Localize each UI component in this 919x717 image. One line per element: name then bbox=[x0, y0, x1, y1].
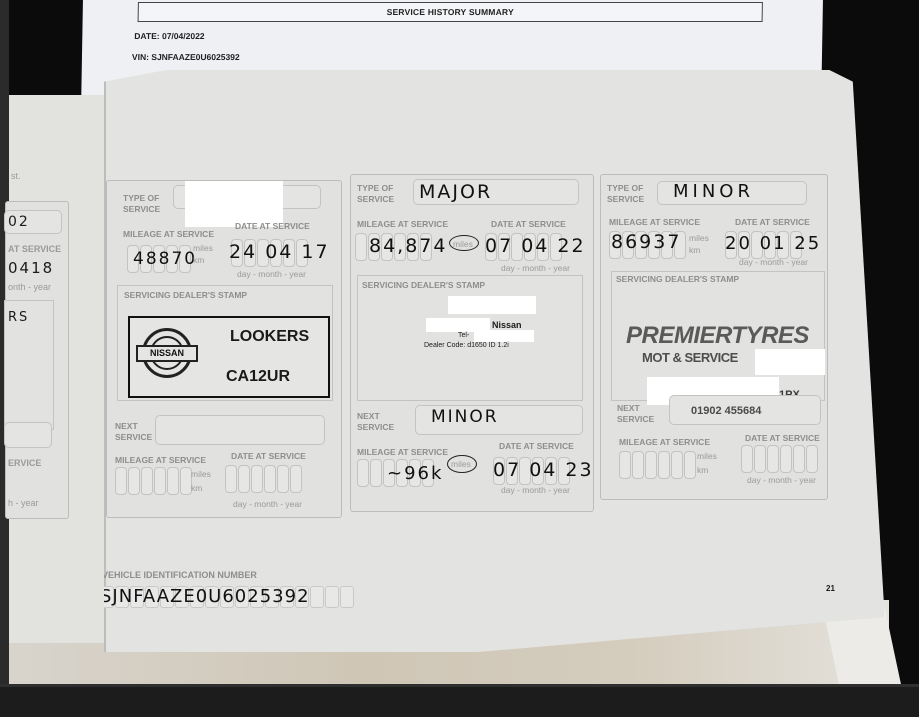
printout-title: SERVICE HISTORY SUMMARY bbox=[138, 2, 763, 22]
previous-page: st. 02 AT SERVICE 0418 onth - year RS ER… bbox=[9, 95, 109, 643]
dealer-code: CA12UR bbox=[226, 368, 290, 386]
premier-tyres-logo: PREMIERTYRES bbox=[626, 322, 809, 350]
previous-page-card: 02 AT SERVICE 0418 onth - year RS ERVICE… bbox=[5, 201, 69, 519]
mileage-value: 84,874 bbox=[369, 235, 447, 257]
service-entry-1: TYPE OF SERVICE MILEAGE AT SERVICE DATE … bbox=[106, 180, 342, 518]
dealer-name: LOOKERS bbox=[230, 328, 309, 346]
dealer-brand: Nissan bbox=[492, 320, 522, 330]
nissan-dealer-stamp: NISSAN LOOKERS CA12UR bbox=[128, 316, 330, 398]
date-value: 24 04 17 bbox=[229, 241, 330, 263]
service-book-page: TYPE OF SERVICE MILEAGE AT SERVICE DATE … bbox=[104, 70, 884, 652]
printout-date: DATE: 07/04/2022 bbox=[134, 31, 204, 41]
next-service-value: MINOR bbox=[431, 407, 499, 427]
redaction bbox=[474, 330, 534, 342]
vin-handwritten: SJNFAAZE0U6025392 bbox=[100, 586, 310, 607]
mileage-value: 48870 bbox=[133, 249, 197, 269]
next-mileage-value: ~96k bbox=[387, 463, 443, 484]
next-service-field bbox=[155, 415, 325, 445]
stamp-phone: 01902 455684 bbox=[691, 405, 761, 417]
service-entry-2: TYPE OF SERVICE MAJOR MILEAGE AT SERVICE… bbox=[350, 174, 594, 512]
unit-circle bbox=[447, 455, 477, 473]
dealer-stamp-area: SERVICING DEALER'S STAMP Nissan Tel- Dea… bbox=[357, 275, 583, 401]
mileage-value: 86937 bbox=[611, 231, 681, 253]
next-date-value: 07 04 23 bbox=[493, 459, 594, 481]
printout-vin: VIN: SJNFAAZE0U6025392 bbox=[132, 52, 240, 62]
page-number: 21 bbox=[826, 584, 835, 593]
redaction bbox=[448, 296, 536, 314]
date-value: 20 01 25 bbox=[725, 233, 821, 254]
dealer-code: Dealer Code: d1650 ID 1.2i bbox=[424, 342, 509, 349]
stamp-tagline: MOT & SERVICE bbox=[642, 350, 738, 365]
date-value: 07 04 22 bbox=[485, 235, 586, 257]
unit-circle bbox=[449, 235, 479, 251]
type-of-service-value: MAJOR bbox=[419, 181, 492, 203]
vin-label: VEHICLE IDENTIFICATION NUMBER bbox=[102, 570, 257, 581]
type-of-service-value: MINOR bbox=[673, 181, 754, 202]
nissan-logo-icon: NISSAN bbox=[142, 328, 192, 378]
service-entry-3: TYPE OF SERVICE MINOR MILEAGE AT SERVICE… bbox=[600, 174, 828, 500]
dealer-stamp-area: SERVICING DEALER'S STAMP NISSAN LOOKERS … bbox=[117, 285, 333, 401]
viewer-bottom-bar bbox=[0, 684, 919, 717]
redaction bbox=[755, 349, 825, 375]
